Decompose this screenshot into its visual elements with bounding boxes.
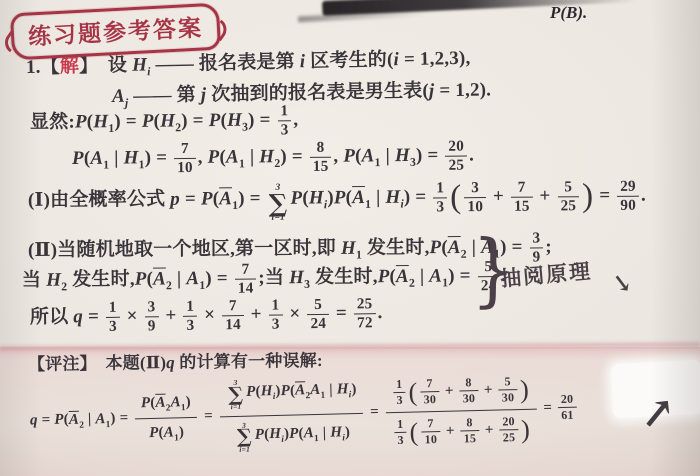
math-token: —— 报名表是第 <box>150 51 300 75</box>
math-token: 20 <box>445 139 467 158</box>
scanned-textbook-page: P(B). 练习题参考答案 1.【解】 设 Hi —— 报名表是第 i 区考生的… <box>0 0 700 476</box>
math-token: Hi <box>337 381 352 397</box>
paren: ( <box>450 185 462 212</box>
big-fraction: P(A2A1)P(A1) <box>135 392 198 444</box>
fraction: 13 <box>394 417 407 446</box>
math-token: A2 <box>69 411 84 427</box>
math-token: A1 <box>362 145 381 166</box>
math-token: | <box>415 266 430 287</box>
math-token: H <box>330 424 342 440</box>
math-token: | <box>319 425 331 441</box>
math-token: = <box>366 404 383 420</box>
math-token: = <box>539 400 556 416</box>
paren: ( <box>409 422 418 443</box>
paren: ) <box>520 379 529 400</box>
math-token: 90 <box>617 197 639 215</box>
math-token <box>88 354 105 373</box>
math-token: 5 <box>557 179 579 198</box>
math-token: | <box>371 187 385 208</box>
math-token: 3 <box>393 392 406 406</box>
math-token: . <box>377 302 382 323</box>
math-token: | <box>84 411 96 427</box>
fraction: 2990 <box>617 179 639 215</box>
math-token: A <box>219 188 232 209</box>
math-token: (Ⅱ)当随机地取一个地区,第一区时,即 <box>28 238 341 261</box>
math-token: + <box>534 185 555 206</box>
math-token: P <box>201 188 213 209</box>
math-token: A2 <box>153 268 172 289</box>
math-token: A <box>362 145 375 166</box>
math-token: 3 <box>464 180 486 199</box>
math-token: 的计算有一种误解: <box>175 351 323 372</box>
math-token: | <box>371 187 385 208</box>
math-token: ) = <box>404 186 432 207</box>
math-token: A <box>396 266 409 287</box>
math-token: , <box>293 109 298 130</box>
math-token: 7 <box>222 298 244 317</box>
math-token: H <box>337 382 349 398</box>
math-token: 设 <box>89 55 133 77</box>
math-token: ) = <box>416 145 444 166</box>
math-token: ) <box>351 381 357 397</box>
math-token: | <box>172 268 187 289</box>
math-token: 10 <box>464 198 486 216</box>
math-token: 区考生的( <box>305 49 394 72</box>
math-token: 3 <box>183 317 197 335</box>
math-token: = <box>366 404 383 420</box>
math-token: | <box>415 266 430 287</box>
math-token: 5 <box>307 297 329 316</box>
math-token: 【 <box>40 56 60 77</box>
solution-line-conditional-probs: P(A1 | H1) = 710, P(A1 | H2) = 815, P(A1… <box>72 138 474 177</box>
math-token: H <box>160 110 175 131</box>
math-token: ) = <box>181 110 209 131</box>
math-token: ) = <box>110 410 132 427</box>
math-token: 次抽到的报名表是男生表( <box>206 80 429 105</box>
math-token: ) <box>179 424 185 440</box>
math-token: 】 <box>79 56 89 77</box>
math-token: 25 <box>354 296 376 315</box>
math-token: P <box>141 395 151 411</box>
math-token: P <box>334 187 346 208</box>
math-token: ∑ <box>269 193 288 214</box>
math-token: 7 <box>511 180 533 199</box>
math-token: (Ⅰ)由全概率公式 <box>28 189 170 211</box>
math-token: P <box>208 147 220 168</box>
math-token: 15 <box>511 198 533 216</box>
math-token: + <box>488 186 509 207</box>
solution-line-prior-probs: 显然:P(H1) = P(H2) = P(H3) = 13, <box>30 103 299 142</box>
remark-heading: 【评注】 本题(Ⅱ)q 的计算有一种误解: <box>28 350 323 375</box>
fraction: 13 <box>277 103 291 139</box>
math-token: + <box>442 423 459 439</box>
math-token: = <box>331 302 352 323</box>
math-token: q <box>73 306 83 327</box>
math-token: , <box>333 146 343 167</box>
math-token: ; <box>545 236 552 257</box>
math-token: 发生时, <box>67 269 135 291</box>
math-token: × <box>122 305 143 326</box>
math-token: H <box>132 54 147 75</box>
math-token: P <box>54 412 64 428</box>
math-token: P <box>208 147 220 168</box>
handwritten-arrow-big-icon: ↗ <box>638 386 678 438</box>
math-token: × <box>122 305 143 326</box>
math-token: H <box>124 147 139 168</box>
math-token: A1 <box>226 146 245 167</box>
math-token: 8 <box>459 376 478 391</box>
math-token: q <box>73 306 83 327</box>
math-token: 1. <box>26 57 41 78</box>
math-token: 7 <box>174 141 196 160</box>
math-token: P <box>75 111 87 132</box>
math-token: (Ⅱ)当随机地取一个地区,第一区时,即 <box>28 238 341 261</box>
math-token: P <box>255 426 265 442</box>
math-token: A2 <box>155 394 170 410</box>
math-token: 【评注】 <box>28 354 89 374</box>
math-token: P <box>201 188 213 209</box>
math-token: 发生时, <box>310 266 378 288</box>
math-token: 当 <box>22 270 46 291</box>
math-token: H <box>46 270 61 291</box>
math-token: 10 <box>174 159 196 177</box>
math-token: ) <box>185 394 191 410</box>
fraction: 715 <box>511 180 533 216</box>
math-token: A <box>304 425 315 441</box>
fraction: 13 <box>106 300 120 336</box>
math-token: H <box>341 238 356 259</box>
math-token: = <box>200 408 217 424</box>
math-token: i=1 <box>237 445 252 453</box>
math-token: 29 <box>617 179 639 198</box>
math-token: P <box>72 148 84 169</box>
math-token: ) <box>345 424 351 440</box>
math-token: 15 <box>310 158 332 176</box>
math-token: . <box>469 144 474 165</box>
fraction: 2572 <box>354 296 376 332</box>
summation: 3∑i=1 <box>237 421 253 453</box>
math-token: P <box>280 383 290 399</box>
math-token: P <box>72 148 84 169</box>
math-token: H2 <box>46 270 67 291</box>
math-token: H1 <box>341 238 362 259</box>
math-token: 30 <box>421 392 440 406</box>
math-token: A2 <box>396 266 415 287</box>
math-token: 所以 <box>30 306 74 328</box>
fraction: 710 <box>421 417 440 446</box>
math-token: | <box>109 148 123 169</box>
math-token: 【评注】 <box>28 354 89 374</box>
math-token: = <box>594 185 615 206</box>
solution-line-total-probability: (Ⅰ)由全概率公式 p = P(A1) = 3∑i=1P(Hi)P(A1 | H… <box>28 179 646 226</box>
math-token: × <box>199 304 220 325</box>
math-token: ;当 <box>258 267 289 288</box>
math-token: 1 <box>393 377 406 392</box>
math-token: ) = <box>238 188 266 209</box>
math-token: A2 <box>448 237 467 258</box>
math-token: A <box>90 148 103 169</box>
math-token: A <box>155 394 166 410</box>
math-token: × <box>199 304 220 325</box>
math-token: P <box>290 188 302 209</box>
math-token: A2 <box>295 382 310 398</box>
math-token: ) = <box>248 109 276 130</box>
math-token: —— 报名表是第 <box>150 51 300 75</box>
fraction: 310 <box>464 180 486 216</box>
math-token: 1 <box>183 299 197 318</box>
math-token: Hi <box>132 54 151 75</box>
math-token: 本题(Ⅱ) <box>105 353 166 373</box>
math-token: 20 <box>558 393 577 408</box>
fraction: 2061 <box>558 393 577 422</box>
math-token: ) <box>179 424 185 440</box>
math-token: P <box>75 111 87 132</box>
math-token: . <box>469 144 474 165</box>
paren: ) <box>582 183 594 210</box>
math-token: ) = <box>280 146 308 167</box>
fraction: 830 <box>459 376 478 405</box>
math-token: 发生时, <box>67 269 135 291</box>
math-token: H <box>259 146 274 167</box>
math-token: × <box>284 303 305 324</box>
math-token: + <box>481 422 498 438</box>
math-token: H1 <box>124 147 145 168</box>
math-token: = <box>331 302 352 323</box>
math-token: H <box>93 111 108 132</box>
math-token: 1 <box>433 180 447 199</box>
math-token: 1 <box>277 103 291 122</box>
math-token: H <box>227 110 242 131</box>
math-token: P <box>378 266 390 287</box>
math-token: = <box>83 306 104 327</box>
math-token: + <box>442 423 459 439</box>
math-token: A <box>352 187 365 208</box>
math-token: ; <box>545 236 552 257</box>
big-fraction-numerator: 3∑i=1P(Hi)P(A2A1 | Hi) <box>219 375 363 417</box>
math-token: = 1,2). <box>434 79 491 101</box>
math-token: H <box>289 267 304 288</box>
math-token: ) = <box>205 268 233 289</box>
math-token: ) = <box>280 146 308 167</box>
math-token: 24 <box>307 315 329 333</box>
math-token: ) = <box>205 268 233 289</box>
math-token: A <box>226 147 239 168</box>
math-token: A1 <box>352 187 371 208</box>
math-token: ) = <box>181 110 209 131</box>
math-token: q <box>166 353 175 372</box>
big-fraction-numerator: 13(730 + 830 + 530) <box>385 373 536 413</box>
math-token: 1 <box>106 300 120 319</box>
math-token: ;当 <box>258 267 289 288</box>
math-token: = <box>200 408 217 424</box>
math-token: = <box>37 412 54 428</box>
math-token: A1 <box>304 425 319 441</box>
summation: 3∑i=1 <box>269 183 288 223</box>
math-token: ) <box>345 424 351 440</box>
math-token: A <box>170 394 181 410</box>
math-token: P <box>378 266 390 287</box>
math-token: A1 <box>429 266 448 287</box>
math-token: A <box>164 424 175 440</box>
math-token: ∑ <box>228 386 243 403</box>
math-token: ) = <box>114 111 142 132</box>
math-token: . <box>377 302 382 323</box>
math-token: 7 <box>235 262 257 281</box>
math-token: P <box>343 146 355 167</box>
math-token: P <box>429 237 441 258</box>
math-token: 3 <box>394 432 407 446</box>
math-token: = 1,2,3), <box>399 48 471 70</box>
math-token: . <box>641 185 646 206</box>
math-token: | <box>381 145 395 166</box>
fraction: 714 <box>222 298 244 334</box>
fraction: 815 <box>460 416 479 445</box>
math-token: 发生时, <box>310 266 378 288</box>
fraction: 710 <box>174 141 196 177</box>
math-token: P <box>135 269 147 290</box>
math-token: , <box>293 109 298 130</box>
math-token: . <box>641 185 646 206</box>
math-token: 3 <box>106 318 120 336</box>
big-fraction-denominator: P(A1) <box>135 417 198 443</box>
math-token: p <box>170 189 180 210</box>
fraction: 13 <box>433 180 447 216</box>
math-token: A <box>153 268 166 289</box>
math-token: = <box>180 188 201 209</box>
math-token: ) = <box>145 147 173 168</box>
math-token: P <box>141 395 151 411</box>
math-token: 14 <box>235 280 257 298</box>
math-token: 30 <box>460 391 479 405</box>
math-token: 的计算有一种误解: <box>175 351 323 372</box>
math-token: 7 <box>421 417 440 432</box>
math-token: | <box>325 382 337 398</box>
math-token: H <box>395 145 410 166</box>
math-token: P <box>429 237 441 258</box>
math-token: 25 <box>445 157 467 175</box>
fraction: 39 <box>144 299 158 335</box>
math-token: H <box>309 187 324 208</box>
math-token: A1 <box>310 382 325 398</box>
math-token: (Ⅰ)由全概率公式 <box>28 189 170 211</box>
math-token: A1 <box>219 188 238 209</box>
math-token: 显然: <box>30 112 75 133</box>
math-token: + <box>481 422 498 438</box>
math-token: A <box>112 86 125 107</box>
fraction: 13 <box>393 377 406 406</box>
math-token: A <box>448 237 461 258</box>
big-fraction-denominator: 3∑i=1P(Hi)P(A1 | Hi) <box>220 413 364 454</box>
math-token: P <box>209 110 221 131</box>
math-token: A <box>186 268 199 289</box>
math-token: i=1 <box>229 403 244 411</box>
math-token: P <box>135 269 147 290</box>
math-token: H <box>385 187 400 208</box>
math-token: + <box>480 382 497 398</box>
handwritten-arrow-small-icon: ↘ <box>610 267 634 299</box>
math-token: Hi <box>269 426 284 442</box>
math-token: 15 <box>461 431 480 445</box>
math-token: q <box>166 353 175 372</box>
math-token: 当 <box>22 270 46 291</box>
math-token: + <box>441 383 458 399</box>
fraction: 524 <box>307 297 329 333</box>
math-token: P <box>334 187 346 208</box>
math-token: = 1,2,3), <box>399 48 471 70</box>
math-token: A1 <box>95 411 110 427</box>
math-token: + <box>534 185 555 206</box>
math-token: P <box>280 383 290 399</box>
math-token: P <box>142 111 154 132</box>
math-token: 61 <box>558 408 577 422</box>
math-token: H3 <box>227 110 248 131</box>
math-token: | <box>172 268 187 289</box>
paren: ( <box>408 382 417 403</box>
solution-line-part2-region23: 当 H2 发生时,P(A2 | A1) = 714;当 H3 发生时,P(A2 … <box>22 259 507 300</box>
math-token: 【 <box>40 56 60 77</box>
math-token: ) <box>185 394 191 410</box>
math-token: A <box>295 383 306 399</box>
math-token: + <box>488 186 509 207</box>
math-token: A1 <box>186 268 205 289</box>
math-token: Hi <box>385 187 404 208</box>
math-token: ) = <box>238 188 266 209</box>
math-token: 8 <box>460 416 479 431</box>
math-token: Hi <box>261 383 276 399</box>
math-token: P <box>290 188 302 209</box>
math-token: | <box>245 146 259 167</box>
math-token: 区考生的( <box>305 49 394 72</box>
math-token: 解 <box>60 56 80 77</box>
math-token: 本题(Ⅱ) <box>105 353 166 373</box>
math-token: + <box>480 382 497 398</box>
math-token: ∑ <box>237 429 252 446</box>
math-token: | <box>319 425 331 441</box>
math-token: , <box>198 147 208 168</box>
math-token: + <box>441 383 458 399</box>
math-token: 解 <box>60 56 80 77</box>
math-token: Hi <box>309 187 328 208</box>
math-token: P <box>343 146 355 167</box>
math-token: H1 <box>93 111 114 132</box>
math-token: Hi <box>330 424 345 440</box>
math-token: ) = <box>248 109 276 130</box>
math-token: A <box>429 266 442 287</box>
math-token: P <box>142 111 154 132</box>
math-token: 3 <box>269 316 283 334</box>
math-token: + <box>246 304 267 325</box>
math-token <box>88 354 105 373</box>
math-token: i=1 <box>269 214 288 224</box>
solution-line-q-result: 所以 q = 13 × 39 + 13 × 714 + 13 × 524 = 2… <box>30 296 383 337</box>
math-token: 1 <box>268 297 282 316</box>
math-token: 1 <box>394 417 407 432</box>
math-token: + <box>160 305 181 326</box>
math-token: × <box>284 303 305 324</box>
math-token: P <box>255 426 265 442</box>
misconception-formula: q = P(A2 | A1) = P(A2A1)P(A1) = 3∑i=1P(H… <box>29 370 579 460</box>
math-token: A <box>69 411 80 427</box>
math-token: A <box>95 411 106 427</box>
math-token: ) = <box>416 145 444 166</box>
big-fraction: 3∑i=1P(Hi)P(A2A1 | Hi)3∑i=1P(Hi)P(A1 | H… <box>219 375 364 455</box>
math-token: A1 <box>90 148 109 169</box>
fraction: 815 <box>310 140 332 176</box>
math-token: | <box>84 411 96 427</box>
math-token: H3 <box>395 145 416 166</box>
math-token: ) = <box>114 111 142 132</box>
math-token: 显然: <box>30 112 75 133</box>
